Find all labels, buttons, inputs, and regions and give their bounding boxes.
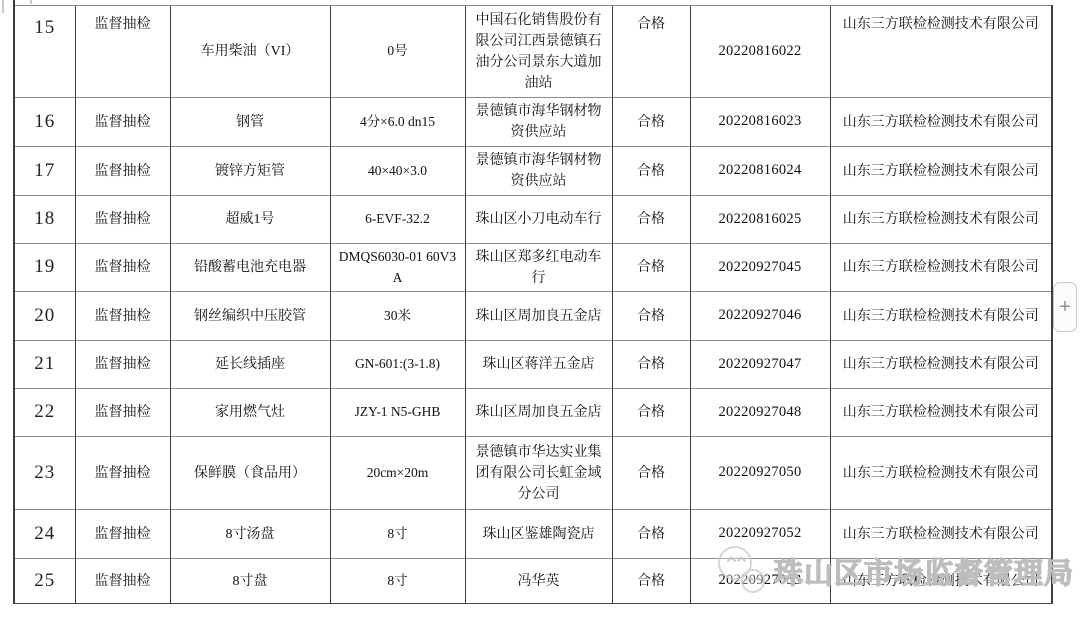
cell-spec-model: GN-601:(3-1.8) [330, 341, 465, 389]
cell-report-number: 20220927052 [690, 510, 830, 559]
cell-spec-model: JZY-1 N5-GHB [330, 389, 465, 437]
cell-row-number: 24 [14, 510, 75, 559]
cell-product-name: 车用柴油（VI） [170, 6, 330, 98]
table-row: 25监督抽检8寸盘8寸冯华英合格20220927053山东三方联检检测技术有限公… [14, 559, 1052, 604]
cell-sample-type: 监督抽检 [75, 6, 170, 98]
cell-result: 合格 [612, 244, 690, 292]
page-edge-fragment [2, 0, 4, 13]
cell-spec-model: 4分×6.0 dn15 [330, 98, 465, 147]
cell-product-name: 钢管 [170, 98, 330, 147]
cell-product-name: 镀锌方矩管 [170, 147, 330, 196]
cell-agency: 山东三方联检检测技术有限公司 [830, 98, 1052, 147]
cell-product-name: 家用燃气灶 [170, 389, 330, 437]
table-row: 15监督抽检车用柴油（VI）0号中国石化销售股份有限公司江西景德镇石油分公司景东… [14, 6, 1052, 98]
table-row: 17监督抽检镀锌方矩管40×40×3.0景德镇市海华钢材物资供应站合格20220… [14, 147, 1052, 196]
cell-inspected-company: 珠山区周加良五金店 [465, 389, 612, 437]
cell-agency: 山东三方联检检测技术有限公司 [830, 341, 1052, 389]
cell-product-name: 保鲜膜（食品用） [170, 437, 330, 510]
cell-row-number: 21 [14, 341, 75, 389]
cell-report-number: 20220816023 [690, 98, 830, 147]
cell-agency: 山东三方联检检测技术有限公司 [830, 6, 1052, 98]
cell-row-number: 18 [14, 196, 75, 244]
cell-result: 合格 [612, 292, 690, 341]
cell-row-number: 22 [14, 389, 75, 437]
table-row: 20监督抽检钢丝编织中压胶管30米珠山区周加良五金店合格20220927046山… [14, 292, 1052, 341]
cell-row-number: 16 [14, 98, 75, 147]
table-row: 19监督抽检铅酸蓄电池充电器DMQS6030-01 60V3A珠山区郑多红电动车… [14, 244, 1052, 292]
cell-report-number: 20220927046 [690, 292, 830, 341]
cell-sample-type: 监督抽检 [75, 98, 170, 147]
cell-row-number: 17 [14, 147, 75, 196]
cell-inspected-company: 珠山区小刀电动车行 [465, 196, 612, 244]
cell-agency: 山东三方联检检测技术有限公司 [830, 292, 1052, 341]
cell-inspected-company: 景德镇市海华钢材物资供应站 [465, 147, 612, 196]
expand-button[interactable]: + [1053, 282, 1077, 332]
cell-inspected-company: 珠山区周加良五金店 [465, 292, 612, 341]
cell-spec-model: 6-EVF-32.2 [330, 196, 465, 244]
cell-result: 合格 [612, 389, 690, 437]
cell-agency: 山东三方联检检测技术有限公司 [830, 389, 1052, 437]
cell-row-number: 25 [14, 559, 75, 604]
cell-agency: 山东三方联检检测技术有限公司 [830, 196, 1052, 244]
table-row: 18监督抽检超威1号6-EVF-32.2珠山区小刀电动车行合格202208160… [14, 196, 1052, 244]
cell-spec-model: 20cm×20m [330, 437, 465, 510]
cell-spec-model: 0号 [330, 6, 465, 98]
cell-sample-type: 监督抽检 [75, 292, 170, 341]
cell-sample-type: 监督抽检 [75, 559, 170, 604]
cell-report-number: 20220927050 [690, 437, 830, 510]
cell-result: 合格 [612, 6, 690, 98]
cell-report-number: 20220927047 [690, 341, 830, 389]
cell-agency: 山东三方联检检测技术有限公司 [830, 437, 1052, 510]
cell-spec-model: DMQS6030-01 60V3A [330, 244, 465, 292]
cell-sample-type: 监督抽检 [75, 437, 170, 510]
cell-inspected-company: 珠山区郑多红电动车行 [465, 244, 612, 292]
cell-agency: 山东三方联检检测技术有限公司 [830, 244, 1052, 292]
cell-row-number: 23 [14, 437, 75, 510]
table-row: 24监督抽检8寸汤盘8寸珠山区鉴雄陶瓷店合格20220927052山东三方联检检… [14, 510, 1052, 559]
cell-spec-model: 8寸 [330, 510, 465, 559]
cell-sample-type: 监督抽检 [75, 510, 170, 559]
cell-agency: 山东三方联检检测技术有限公司 [830, 510, 1052, 559]
cell-product-name: 超威1号 [170, 196, 330, 244]
cell-row-number: 19 [14, 244, 75, 292]
cell-inspected-company: 冯华英 [465, 559, 612, 604]
cell-report-number: 20220816025 [690, 196, 830, 244]
cell-product-name: 延长线插座 [170, 341, 330, 389]
cell-result: 合格 [612, 341, 690, 389]
cell-sample-type: 监督抽检 [75, 196, 170, 244]
table-row: 23监督抽检保鲜膜（食品用）20cm×20m景德镇市华达实业集团有限公司长虹金域… [14, 437, 1052, 510]
cell-sample-type: 监督抽检 [75, 341, 170, 389]
cell-report-number: 20220816022 [690, 6, 830, 98]
cell-report-number: 20220927045 [690, 244, 830, 292]
cell-product-name: 铅酸蓄电池充电器 [170, 244, 330, 292]
table-row: 21监督抽检延长线插座GN-601:(3-1.8)珠山区蒋洋五金店合格20220… [14, 341, 1052, 389]
inspection-results-table: 15监督抽检车用柴油（VI）0号中国石化销售股份有限公司江西景德镇石油分公司景东… [13, 5, 1053, 604]
cell-result: 合格 [612, 98, 690, 147]
cell-report-number: 20220927048 [690, 389, 830, 437]
cell-spec-model: 40×40×3.0 [330, 147, 465, 196]
table-row: 16监督抽检钢管4分×6.0 dn15景德镇市海华钢材物资供应站合格202208… [14, 98, 1052, 147]
cell-sample-type: 监督抽检 [75, 244, 170, 292]
cell-agency: 山东三方联检检测技术有限公司 [830, 559, 1052, 604]
cell-row-number: 20 [14, 292, 75, 341]
cell-report-number: 20220816024 [690, 147, 830, 196]
cell-result: 合格 [612, 437, 690, 510]
cell-inspected-company: 景德镇市华达实业集团有限公司长虹金域分公司 [465, 437, 612, 510]
cell-result: 合格 [612, 510, 690, 559]
cell-inspected-company: 中国石化销售股份有限公司江西景德镇石油分公司景东大道加油站 [465, 6, 612, 98]
cell-product-name: 8寸盘 [170, 559, 330, 604]
cell-row-number: 15 [14, 6, 75, 98]
article-table-page: 15监督抽检车用柴油（VI）0号中国石化销售股份有限公司江西景德镇石油分公司景东… [0, 0, 1080, 620]
cell-sample-type: 监督抽检 [75, 147, 170, 196]
cell-report-number: 20220927053 [690, 559, 830, 604]
cell-spec-model: 8寸 [330, 559, 465, 604]
cell-spec-model: 30米 [330, 292, 465, 341]
cell-sample-type: 监督抽检 [75, 389, 170, 437]
cell-agency: 山东三方联检检测技术有限公司 [830, 147, 1052, 196]
cell-product-name: 钢丝编织中压胶管 [170, 292, 330, 341]
cell-inspected-company: 珠山区鉴雄陶瓷店 [465, 510, 612, 559]
cell-product-name: 8寸汤盘 [170, 510, 330, 559]
table-row: 22监督抽检家用燃气灶JZY-1 N5-GHB珠山区周加良五金店合格202209… [14, 389, 1052, 437]
cell-result: 合格 [612, 559, 690, 604]
table-border-fragment [30, 0, 32, 4]
cell-inspected-company: 珠山区蒋洋五金店 [465, 341, 612, 389]
cell-inspected-company: 景德镇市海华钢材物资供应站 [465, 98, 612, 147]
cell-result: 合格 [612, 147, 690, 196]
cell-result: 合格 [612, 196, 690, 244]
